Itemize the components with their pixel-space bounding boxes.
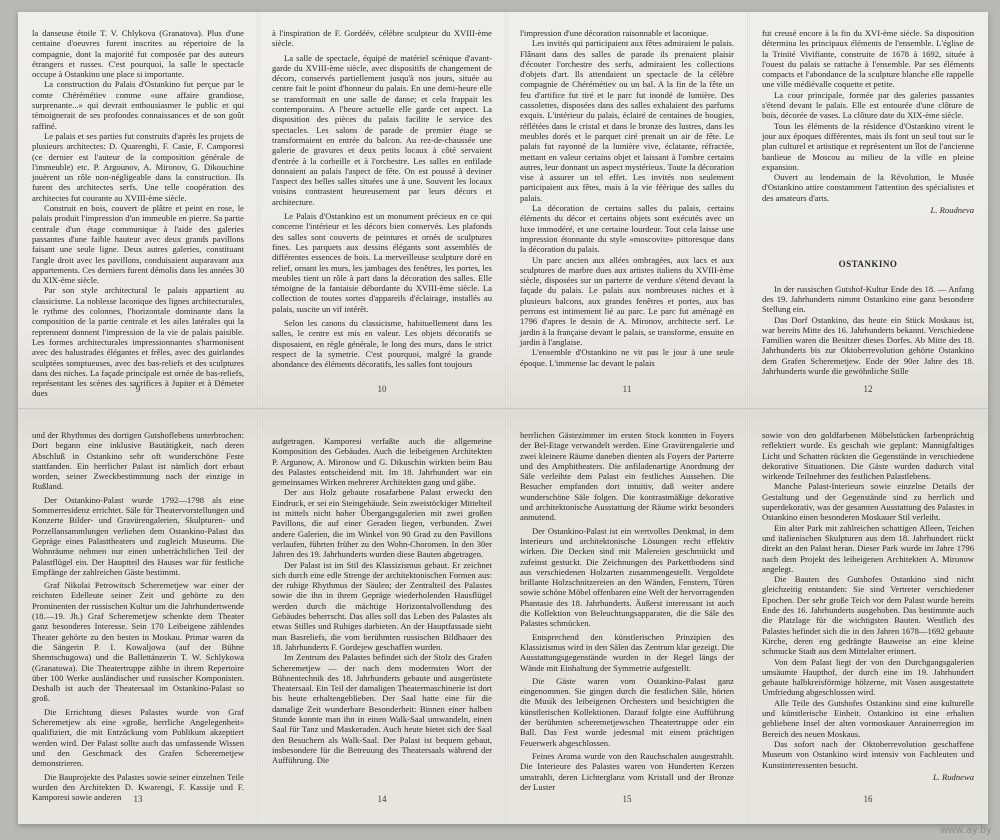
paragraph: Der Palast ist im Stil des Klassizismus … bbox=[272, 560, 492, 653]
booklet-sheet: la danseuse étoile T. V. Chlykova (Grana… bbox=[18, 12, 988, 824]
page-9: la danseuse étoile T. V. Chlykova (Grana… bbox=[18, 12, 258, 408]
paragraph: Tous les éléments de la résidence d'Osta… bbox=[762, 121, 974, 172]
paragraph: Die Gäste waren vom Ostankino-Palast gan… bbox=[520, 676, 734, 748]
paragraph: la danseuse étoile T. V. Chlykova (Grana… bbox=[32, 28, 244, 79]
paragraph: Von dem Palast liegt der von den Durchga… bbox=[762, 657, 974, 698]
horizontal-fold bbox=[18, 408, 988, 411]
paragraph: Construit en bois, couvert de plâtre et … bbox=[32, 203, 244, 285]
paragraph: fut creusé encore à la fin du XVI-ème si… bbox=[762, 28, 974, 90]
page-13: und der Rhythmus des dortigen Gutshofleb… bbox=[18, 410, 258, 822]
paragraph: Les invités qui participaient aux fêtes … bbox=[520, 38, 734, 203]
page-number: 13 bbox=[18, 794, 258, 804]
author-signature: L. Rudnewa bbox=[762, 772, 974, 782]
author-signature: L. Roudneva bbox=[762, 205, 974, 215]
paragraph: Der aus Holz gebaute rosafarbene Palast … bbox=[272, 487, 492, 559]
page-15: herrlichen Gästezimmer im ersten Stock k… bbox=[506, 410, 748, 822]
page-number: 9 bbox=[18, 384, 258, 394]
paragraph: à l'inspiration de F. Gordéév, célèbre s… bbox=[272, 28, 492, 49]
vertical-fold bbox=[257, 12, 260, 824]
paragraph: Der Ostankino-Palast ist ein wertvolles … bbox=[520, 526, 734, 629]
page-number: 12 bbox=[748, 384, 988, 394]
paragraph: Un parc ancien aux allées ombragées, aux… bbox=[520, 255, 734, 348]
paragraph: Selon les canons du classicisme, habitue… bbox=[272, 318, 492, 369]
page-number: 10 bbox=[258, 384, 506, 394]
paragraph: aufgetragen. Kamporesi verfaßte auch die… bbox=[272, 436, 492, 487]
watermark: www.ay.by bbox=[940, 825, 992, 836]
paragraph: Entsprechend den künstlerischen Prinzipi… bbox=[520, 632, 734, 673]
page-number: 16 bbox=[748, 794, 988, 804]
paragraph: Graf Nikolai Petrowitsch Scheremetjew wa… bbox=[32, 580, 244, 704]
paragraph: und der Rhythmus des dortigen Gutshofleb… bbox=[32, 430, 244, 492]
page-10: à l'inspiration de F. Gordéév, célèbre s… bbox=[258, 12, 506, 408]
paragraph: Le Palais d'Ostankino est un monument pr… bbox=[272, 211, 492, 314]
page-14: aufgetragen. Kamporesi verfaßte auch die… bbox=[258, 410, 506, 822]
paragraph: Das Dorf Ostankino, das heute ein Stück … bbox=[762, 315, 974, 377]
page-11: l'impression d'une décoration raisonnabl… bbox=[506, 12, 748, 408]
paragraph: sowie von den goldfarbenen Möbelstücken … bbox=[762, 430, 974, 481]
vertical-fold bbox=[747, 12, 750, 824]
paragraph: Das sofort nach der Oktoberrevolution ge… bbox=[762, 739, 974, 770]
paragraph: Ein alter Park mit zahlreichen schattige… bbox=[762, 523, 974, 574]
paragraph: La salle de spectacle, équipé de matérie… bbox=[272, 53, 492, 207]
paragraph: Im Zentrum des Palastes befindet sich de… bbox=[272, 652, 492, 765]
paragraph: Alle Teile des Gutshofes Ostankino sind … bbox=[762, 698, 974, 739]
paragraph: herrlichen Gästezimmer im ersten Stock k… bbox=[520, 430, 734, 523]
page-number: 14 bbox=[258, 794, 506, 804]
page-16: sowie von den goldfarbenen Möbelstücken … bbox=[748, 410, 988, 822]
paragraph: La cour principale, formée par des galer… bbox=[762, 90, 974, 121]
paragraph: Der Ostankino-Palast wurde 1792—1798 als… bbox=[32, 495, 244, 577]
paragraph: l'impression d'une décoration raisonnabl… bbox=[520, 28, 734, 38]
paragraph: Ouvert au lendemain de la Révolution, le… bbox=[762, 172, 974, 203]
vertical-fold bbox=[505, 12, 508, 824]
paragraph: La construction du Palais d'Ostankino fu… bbox=[32, 79, 244, 130]
paragraph: Feines Aroma wurde von den Rauchschalen … bbox=[520, 751, 734, 792]
page-number: 11 bbox=[506, 384, 748, 394]
paragraph: Le palais et ses parties fut construits … bbox=[32, 131, 244, 203]
section-heading: OSTANKINO bbox=[762, 259, 974, 269]
paragraph: L'ensemble d'Ostankino ne vit pas le jou… bbox=[520, 347, 734, 368]
paragraph: Par son style architectural le palais ap… bbox=[32, 285, 244, 398]
page-number: 15 bbox=[506, 794, 748, 804]
paragraph: Die Bauten des Gutshofes Ostankino sind … bbox=[762, 574, 974, 656]
paragraph: La décoration de certains salles du pala… bbox=[520, 203, 734, 254]
page-12: fut creusé encore à la fin du XVI-ème si… bbox=[748, 12, 988, 408]
paragraph: Die Errichtung dieses Palastes wurde von… bbox=[32, 707, 244, 769]
paragraph: Manche Palast-Interieurs sowie einzelne … bbox=[762, 481, 974, 522]
paragraph: In der russischen Gutshof-Kultur Ende de… bbox=[762, 284, 974, 315]
